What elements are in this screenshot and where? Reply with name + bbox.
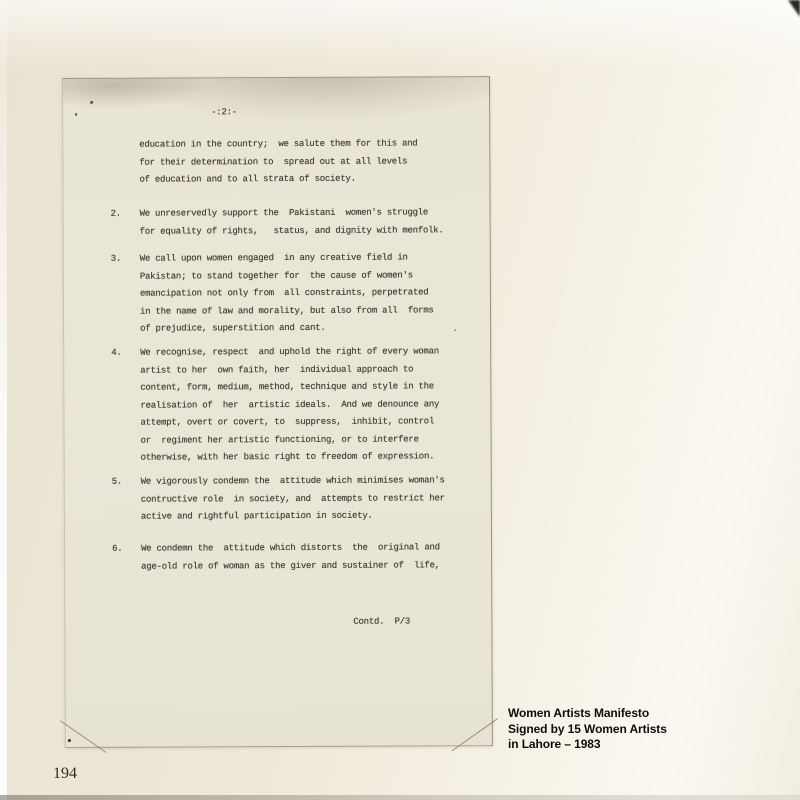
manifesto-item-3: 3. We call upon women engaged in any cre… xyxy=(111,249,434,338)
typed-line: contructive role in society, and attempt… xyxy=(141,490,445,509)
paper-speck xyxy=(68,739,71,742)
manifesto-item-2: 2. We unreservedly support the Pakistani… xyxy=(111,204,444,240)
typed-line: education in the country; we salute them… xyxy=(139,135,417,154)
typed-line: attempt, overt or covert, to suppress, i… xyxy=(140,413,439,432)
paper-corner-fold-left xyxy=(60,720,107,753)
item-number: 4. xyxy=(111,345,141,468)
photo-caption: Women Artists Manifesto Signed by 15 Wom… xyxy=(508,706,738,753)
typed-line: content, form, medium, method, technique… xyxy=(140,378,439,397)
typed-line: otherwise, with her basic right to freed… xyxy=(141,448,440,467)
typed-line: for their determination to spread out at… xyxy=(139,153,417,172)
item-number: 6. xyxy=(112,541,141,576)
typed-line: of prejudice, superstition and cant. xyxy=(140,319,434,338)
typed-line: in the name of law and morality, but als… xyxy=(140,302,434,321)
item-number: 2. xyxy=(111,206,140,241)
typed-line: or regiment her artistic functioning, or… xyxy=(141,431,440,450)
item-number: 5. xyxy=(112,474,141,527)
manifesto-item-4: 4. We recognise, respect and uphold the … xyxy=(111,343,439,467)
typed-line: artist to her own faith, her individual … xyxy=(140,361,439,380)
item-number: 3. xyxy=(111,251,140,339)
typed-line: active and rightful participation in soc… xyxy=(141,507,445,526)
photo-corner-shadow xyxy=(788,0,800,17)
caption-line: Women Artists Manifesto xyxy=(508,706,738,722)
typed-line: We call upon women engaged in any creati… xyxy=(140,249,434,268)
page-edge-highlight xyxy=(0,0,7,800)
book-page-photo: -:2:- education in the country; we salut… xyxy=(0,0,800,800)
caption-line: in Lahore – 1983 xyxy=(508,737,738,753)
continued-note: Contd. P/3 xyxy=(353,613,410,631)
caption-line: Signed by 15 Women Artists xyxy=(508,722,738,738)
manifesto-item-6: 6. We condemn the attitude which distort… xyxy=(112,539,440,575)
typed-line: We condemn the attitude which distorts t… xyxy=(141,539,440,558)
paper-speck xyxy=(75,113,77,116)
typed-line: age-old role of woman as the giver and s… xyxy=(141,557,440,576)
manifesto-item-5: 5. We vigorously condemn the attitude wh… xyxy=(112,472,445,526)
page-header-number: -:2:- xyxy=(211,104,237,122)
typed-line: emancipation not only from all constrain… xyxy=(140,284,434,303)
page-bottom-shadow xyxy=(0,795,800,800)
manifesto-paper: -:2:- education in the country; we salut… xyxy=(62,76,493,748)
typed-line: Pakistan; to stand together for the caus… xyxy=(140,267,434,286)
page-number: 194 xyxy=(53,765,77,783)
paper-speck xyxy=(90,101,93,104)
typed-line: We unreservedly support the Pakistani wo… xyxy=(140,204,444,223)
typed-line: realisation of her artistic ideals. And … xyxy=(140,396,439,415)
paper-corner-fold-right xyxy=(451,718,497,751)
typed-line: for equality of rights, status, and dign… xyxy=(140,222,444,241)
typed-line: We vigorously condemn the attitude which… xyxy=(141,472,445,491)
typed-line: We recognise, respect and uphold the rig… xyxy=(140,343,439,362)
typed-line: of education and to all strata of societ… xyxy=(139,170,417,189)
intro-paragraph: education in the country; we salute them… xyxy=(139,135,417,189)
paper-speck xyxy=(454,329,456,331)
